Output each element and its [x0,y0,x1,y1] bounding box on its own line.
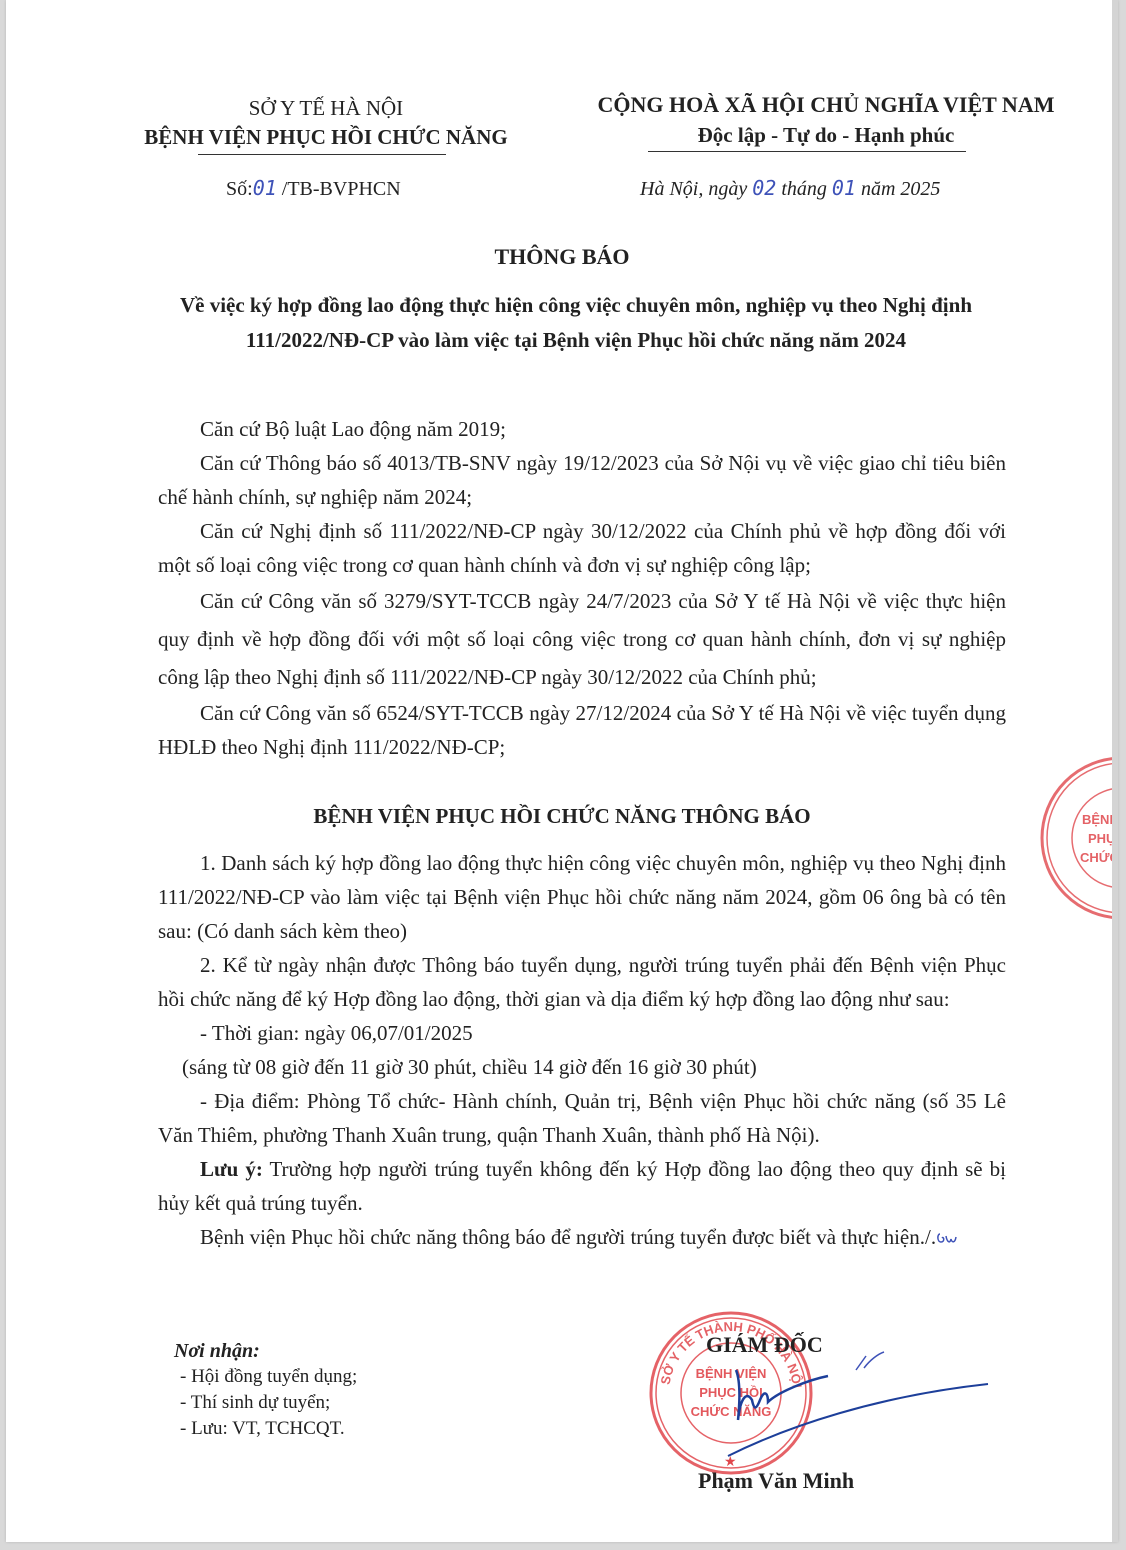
initials-scribble-icon [936,1226,962,1250]
legal-bases: Căn cứ Bộ luật Lao động năm 2019; Căn cứ… [158,412,1006,764]
national-motto: Độc lập - Tự do - Hạnh phúc [536,121,1116,149]
closing-statement: Bệnh viện Phục hồi chức năng thông báo đ… [158,1220,1006,1254]
doc-number-handwritten: 01 [253,176,277,200]
basis-item: Căn cứ Thông báo số 4013/TB-SNV ngày 19/… [158,446,1006,514]
note-label: Lưu ý: [200,1157,263,1181]
section-heading: BỆNH VIỆN PHỤC HỒI CHỨC NĂNG THÔNG BÁO [6,804,1118,829]
partial-seal-icon: BỆNH VIỆN PHỤC HỒI CHỨC NĂNG [1026,752,1118,922]
doc-number-prefix: Số: [226,178,253,200]
date-month-label: tháng [776,178,832,200]
signing-location: - Địa điểm: Phòng Tổ chức- Hành chính, Q… [158,1084,1006,1152]
basis-item: Căn cứ Công văn số 3279/SYT-TCCB ngày 24… [158,582,1006,696]
signing-hours: (sáng từ 08 giờ đến 11 giờ 30 phút, chiề… [158,1050,1006,1084]
page-edge [1112,0,1118,1542]
signer-name: Phạm Văn Minh [698,1468,854,1494]
note: Lưu ý: Trường hợp người trúng tuyển khôn… [158,1152,1006,1220]
date-day: 02 [752,176,776,200]
basis-item: Căn cứ Bộ luật Lao động năm 2019; [158,412,1006,446]
closing-text: Bệnh viện Phục hồi chức năng thông báo đ… [200,1225,936,1249]
date-year: năm 2025 [856,178,940,200]
parent-agency: SỞ Y TẾ HÀ NỘI [106,93,546,123]
motto-underline [648,151,966,152]
document-title: THÔNG BÁO [6,244,1118,270]
basis-item: Căn cứ Nghị định số 111/2022/NĐ-CP ngày … [158,514,1006,582]
recipient-item: - Lưu: VT, TCHCQT. [174,1416,357,1442]
recipients-block: Nơi nhận: - Hội đồng tuyển dụng; - Thí s… [174,1338,357,1442]
issuer-header: SỞ Y TẾ HÀ NỘI BỆNH VIỆN PHỤC HỒI CHỨC N… [106,93,546,151]
document-date: Hà Nội, ngày 02 tháng 01 năm 2025 [640,176,940,201]
signing-time: - Thời gian: ngày 06,07/01/2025 [158,1016,1006,1050]
issuing-organization: BỆNH VIỆN PHỤC HỒI CHỨC NĂNG [106,123,546,151]
recipient-item: - Thí sinh dự tuyển; [174,1390,357,1416]
notice-content: 1. Danh sách ký hợp đồng lao động thực h… [158,846,1006,1254]
date-month: 01 [832,176,856,200]
signature-icon [706,1330,996,1480]
national-title: CỘNG HOÀ XÃ HỘI CHỦ NGHĨA VIỆT NAM [536,89,1116,121]
issuer-underline [198,154,446,155]
note-text: Trường hợp người trúng tuyển không đến k… [158,1157,1006,1215]
item-1: 1. Danh sách ký hợp đồng lao động thực h… [158,846,1006,948]
date-place: Hà Nội, ngày [640,178,752,200]
recipient-item: - Hội đồng tuyển dụng; [174,1364,357,1390]
national-header: CỘNG HOÀ XÃ HỘI CHỦ NGHĨA VIỆT NAM Độc l… [536,89,1116,149]
document-page: SỞ Y TẾ HÀ NỘI BỆNH VIỆN PHỤC HỒI CHỨC N… [6,0,1118,1542]
document-subtitle: Về việc ký hợp đồng lao động thực hiện c… [166,288,986,358]
doc-number-suffix: /TB-BVPHCN [277,178,401,200]
item-2: 2. Kể từ ngày nhận được Thông báo tuyển … [158,948,1006,1016]
recipients-title: Nơi nhận: [174,1338,357,1364]
document-number: Số:01 /TB-BVPHCN [226,176,401,201]
basis-item: Căn cứ Công văn số 6524/SYT-TCCB ngày 27… [158,696,1006,764]
